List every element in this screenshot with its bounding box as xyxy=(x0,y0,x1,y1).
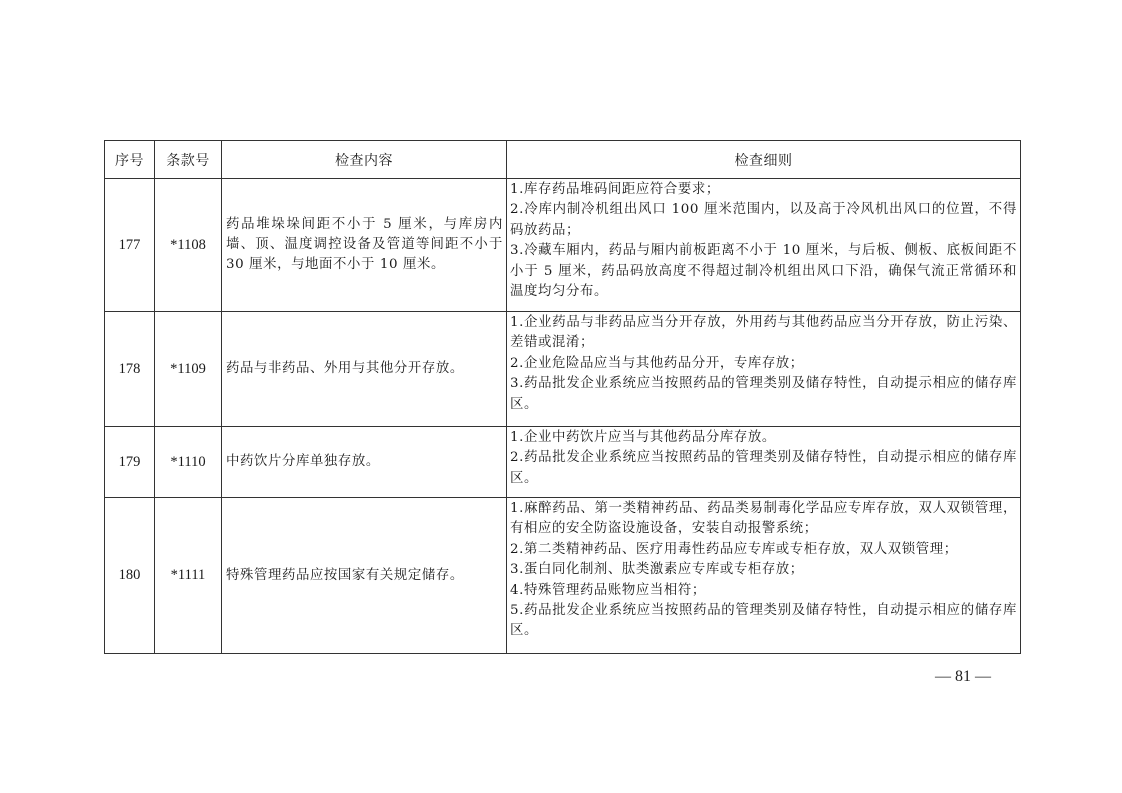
row-detail: 1.企业药品与非药品应当分开存放，外用药与其他药品应当分开存放，防止污染、差错或… xyxy=(507,312,1021,427)
row-detail: 1.企业中药饮片应当与其他药品分库存放。 2.药品批发企业系统应当按照药品的管理… xyxy=(507,427,1021,498)
table-row: 177 *1108 药品堆垛垛间距不小于 5 厘米，与库房内墙、顶、温度调控设备… xyxy=(105,179,1021,312)
detail-item: 4.特殊管理药品账物应当相符； xyxy=(510,581,1017,601)
document-page: 序号 条款号 检查内容 检查细则 177 *1108 药品堆垛垛间距不小于 5 … xyxy=(0,0,1122,793)
inspection-table: 序号 条款号 检查内容 检查细则 177 *1108 药品堆垛垛间距不小于 5 … xyxy=(104,140,1021,654)
row-content: 药品与非药品、外用与其他分开存放。 xyxy=(222,312,507,427)
detail-item: 2.冷库内制冷机组出风口 100 厘米范围内，以及高于冷风机出风口的位置，不得码… xyxy=(510,200,1017,241)
row-clause: *1110 xyxy=(155,427,222,498)
detail-item: 2.药品批发企业系统应当按照药品的管理类别及储存特性，自动提示相应的储存库区。 xyxy=(510,448,1017,489)
detail-item: 1.库存药品堆码间距应符合要求； xyxy=(510,180,1017,200)
detail-item: 3.蛋白同化制剂、肽类激素应专库或专柜存放； xyxy=(510,560,1017,580)
row-content: 中药饮片分库单独存放。 xyxy=(222,427,507,498)
row-content: 特殊管理药品应按国家有关规定储存。 xyxy=(222,498,507,654)
row-detail: 1.库存药品堆码间距应符合要求； 2.冷库内制冷机组出风口 100 厘米范围内，… xyxy=(507,179,1021,312)
row-no: 177 xyxy=(105,179,155,312)
detail-item: 1.企业药品与非药品应当分开存放，外用药与其他药品应当分开存放，防止污染、差错或… xyxy=(510,313,1017,354)
header-detail: 检查细则 xyxy=(507,141,1021,179)
detail-item: 5.药品批发企业系统应当按照药品的管理类别及储存特性，自动提示相应的储存库区。 xyxy=(510,601,1017,642)
row-clause: *1108 xyxy=(155,179,222,312)
row-content: 药品堆垛垛间距不小于 5 厘米，与库房内墙、顶、温度调控设备及管道等间距不小于 … xyxy=(222,179,507,312)
table-row: 179 *1110 中药饮片分库单独存放。 1.企业中药饮片应当与其他药品分库存… xyxy=(105,427,1021,498)
detail-item: 3.药品批发企业系统应当按照药品的管理类别及储存特性，自动提示相应的储存库区。 xyxy=(510,374,1017,415)
row-no: 178 xyxy=(105,312,155,427)
header-content: 检查内容 xyxy=(222,141,507,179)
detail-item: 2.企业危险品应当与其他药品分开，专库存放； xyxy=(510,354,1017,374)
row-no: 179 xyxy=(105,427,155,498)
detail-item: 2.第二类精神药品、医疗用毒性药品应专库或专柜存放，双人双锁管理； xyxy=(510,540,1017,560)
row-clause: *1109 xyxy=(155,312,222,427)
detail-item: 1.麻醉药品、第一类精神药品、药品类易制毒化学品应专库存放，双人双锁管理，有相应… xyxy=(510,499,1017,540)
row-detail: 1.麻醉药品、第一类精神药品、药品类易制毒化学品应专库存放，双人双锁管理，有相应… xyxy=(507,498,1021,654)
table-row: 180 *1111 特殊管理药品应按国家有关规定储存。 1.麻醉药品、第一类精神… xyxy=(105,498,1021,654)
detail-item: 3.冷藏车厢内，药品与厢内前板距离不小于 10 厘米，与后板、侧板、底板间距不小… xyxy=(510,241,1017,302)
row-clause: *1111 xyxy=(155,498,222,654)
page-number: — 81 — xyxy=(923,668,1003,686)
row-no: 180 xyxy=(105,498,155,654)
detail-item: 1.企业中药饮片应当与其他药品分库存放。 xyxy=(510,428,1017,448)
table-row: 178 *1109 药品与非药品、外用与其他分开存放。 1.企业药品与非药品应当… xyxy=(105,312,1021,427)
header-no: 序号 xyxy=(105,141,155,179)
header-clause: 条款号 xyxy=(155,141,222,179)
table-header-row: 序号 条款号 检查内容 检查细则 xyxy=(105,141,1021,179)
